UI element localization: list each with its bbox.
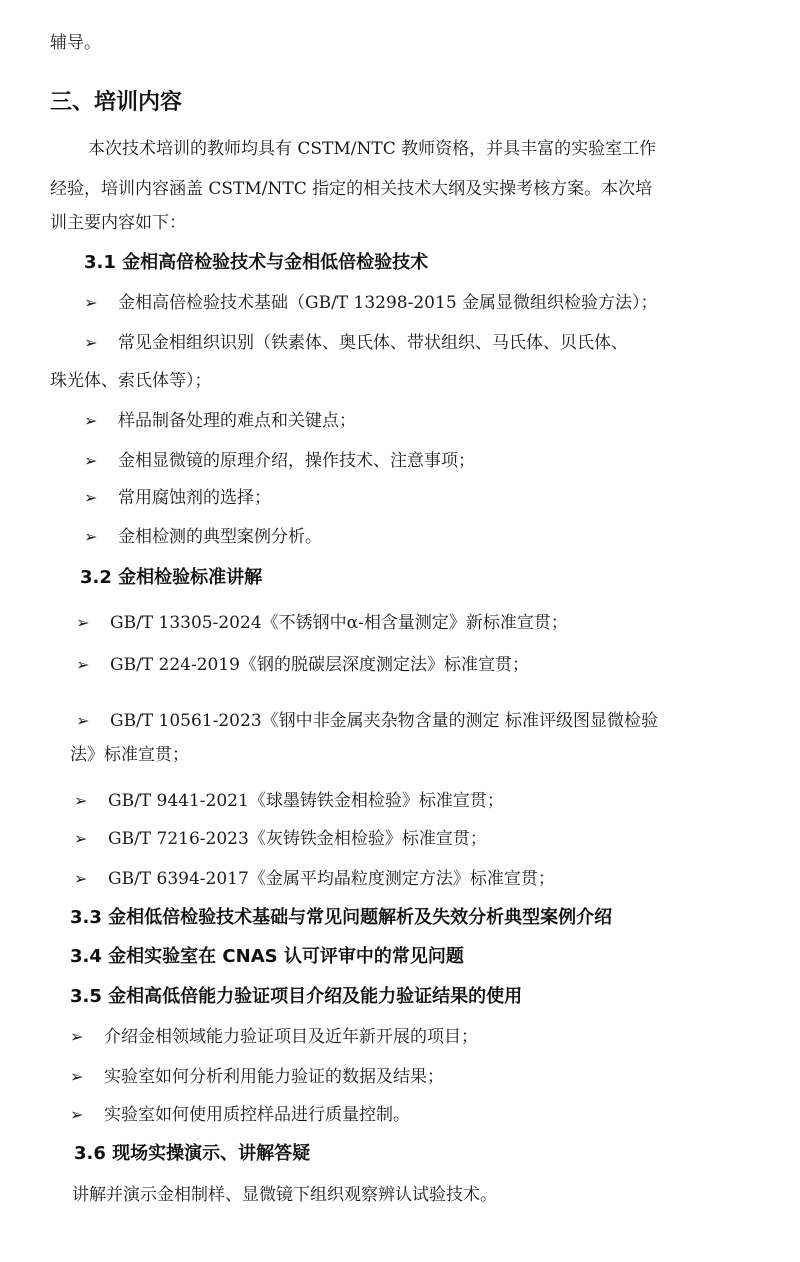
list-item-continuation: 珠光体、索氏体等）； (50, 370, 212, 392)
subsection-3-2-title: 3.2 金相检验标准讲解 (80, 567, 262, 589)
list-item: 介绍金相领域能力验证项目及近年新开展的项目； (70, 1026, 478, 1048)
list-item: GB/T 9441-2021《球墨铸铁金相检验》标准宣贯； (74, 790, 504, 812)
list-item: 金相检测的典型案例分析。 (84, 526, 322, 548)
list-item: 金相高倍检验技术基础（GB/T 13298-2015 金属显微组织检验方法）； (84, 292, 658, 314)
list-item: 样品制备处理的难点和关键点； (84, 410, 356, 432)
intro-line-3: 训主要内容如下： (50, 212, 186, 234)
list-item: GB/T 6394-2017《金属平均晶粒度测定方法》标准宣贯； (74, 868, 555, 890)
intro-line-2: 经验，培训内容涵盖 CSTM/NTC 指定的相关技术大纲及实操考核方案。本次培 (50, 178, 652, 200)
subsection-3-6-body: 讲解并演示金相制样、显微镜下组织观察辨认试验技术。 (72, 1184, 497, 1206)
subsection-3-6-title: 3.6 现场实操演示、讲解答疑 (74, 1143, 310, 1165)
list-item: 金相显微镜的原理介绍，操作技术、注意事项； (84, 450, 475, 472)
list-item-continuation: 法》标准宣贯； (70, 744, 189, 766)
list-item: 实验室如何使用质控样品进行质量控制。 (70, 1104, 410, 1126)
list-item: GB/T 7216-2023《灰铸铁金相检验》标准宣贯； (74, 828, 487, 850)
intro-line-1: 本次技术培训的教师均具有 CSTM/NTC 教师资格，并具丰富的实验室工作 (88, 138, 656, 160)
section-title: 三、培训内容 (50, 90, 182, 116)
subsection-3-3-title: 3.3 金相低倍检验技术基础与常见问题解析及失效分析典型案例介绍 (70, 907, 612, 929)
list-item: GB/T 13305-2024《不锈钢中α-相含量测定》新标准宣贯； (76, 612, 568, 634)
list-item: 常见金相组织识别（铁素体、奥氏体、带状组织、马氏体、贝氏体、 (84, 332, 628, 354)
list-item: 常用腐蚀剂的选择； (84, 487, 271, 509)
lead-text-tail: 辅导。 (50, 32, 101, 54)
subsection-3-1-title: 3.1 金相高倍检验技术与金相低倍检验技术 (84, 252, 428, 274)
subsection-3-4-title: 3.4 金相实验室在 CNAS 认可评审中的常见问题 (70, 946, 464, 968)
list-item: 实验室如何分析利用能力验证的数据及结果； (70, 1066, 444, 1088)
list-item: GB/T 10561-2023《钢中非金属夹杂物含量的测定 标准评级图显微检验 (76, 710, 658, 732)
subsection-3-5-title: 3.5 金相高低倍能力验证项目介绍及能力验证结果的使用 (70, 986, 522, 1008)
list-item: GB/T 224-2019《钢的脱碳层深度测定法》标准宣贯； (76, 654, 529, 676)
